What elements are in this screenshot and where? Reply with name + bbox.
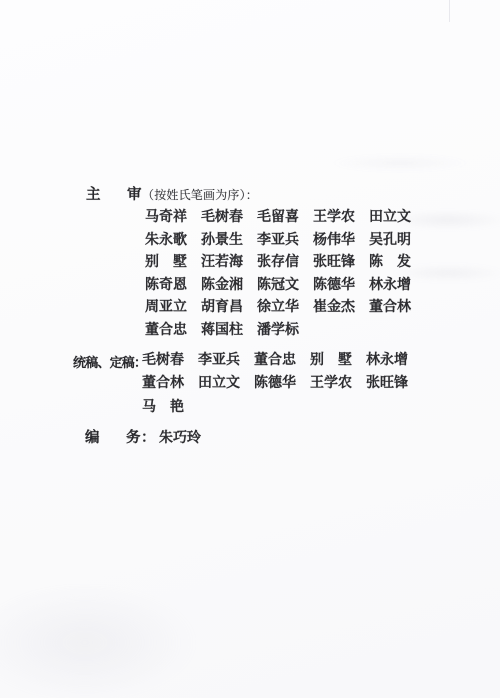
scan-artifact-line bbox=[449, 0, 450, 22]
sort-order-note: （按姓氏笔画为序）： bbox=[142, 188, 258, 202]
person-name: 董合林 bbox=[142, 376, 184, 391]
person-name: 陈 发 bbox=[369, 255, 411, 270]
person-name: 田立文 bbox=[369, 210, 411, 225]
person-name: 张旺锋 bbox=[366, 376, 408, 391]
person-name: 张存信 bbox=[257, 255, 299, 270]
name-row: 马 艳 bbox=[142, 399, 422, 422]
person-name: 别 墅 bbox=[145, 255, 187, 270]
person-name: 陈德华 bbox=[254, 376, 296, 391]
name-row: 陈奇恩陈金湘陈冠文陈德华林永增 bbox=[145, 277, 425, 300]
person-name: 潘学标 bbox=[257, 323, 299, 338]
person-name: 崔金杰 bbox=[313, 300, 355, 315]
person-name: 吴孔明 bbox=[369, 233, 411, 248]
name-row: 马奇祥毛树春毛留喜王学农田立文 bbox=[145, 209, 425, 232]
name-row: 周亚立胡育昌徐立华崔金杰董合林 bbox=[145, 299, 425, 322]
person-name: 马 艳 bbox=[142, 400, 184, 415]
editorial-label-right: 务： bbox=[126, 430, 156, 446]
name-row: 别 墅汪若海张存信张旺锋陈 发 bbox=[145, 254, 425, 277]
person-name: 胡育昌 bbox=[201, 300, 243, 315]
person-name: 朱巧玲 bbox=[159, 427, 201, 447]
person-name: 毛树春 bbox=[201, 210, 243, 225]
person-name: 田立文 bbox=[198, 376, 240, 391]
scanned-credits-page: 主审（按姓氏笔画为序）： 马奇祥毛树春毛留喜王学农田立文朱永歌孙景生李亚兵杨伟华… bbox=[0, 0, 500, 698]
person-name: 张旺锋 bbox=[313, 255, 355, 270]
name-row: 毛树春李亚兵董合忠别 墅林永增 bbox=[142, 352, 422, 375]
person-name: 徐立华 bbox=[257, 300, 299, 315]
person-name: 李亚兵 bbox=[198, 353, 240, 368]
person-name: 董合忠 bbox=[254, 353, 296, 368]
person-name: 林永增 bbox=[369, 278, 411, 293]
draft-finalize-label: 统稿、定稿： bbox=[73, 355, 146, 370]
person-name: 毛树春 bbox=[142, 353, 184, 368]
person-name: 蒋国柱 bbox=[201, 323, 243, 338]
person-name: 董合林 bbox=[369, 300, 411, 315]
draft-finalize-heading: 统稿、定稿： bbox=[73, 352, 146, 372]
person-name: 陈奇恩 bbox=[145, 278, 187, 293]
chief-review-label-right: 审 bbox=[127, 187, 142, 203]
person-name: 陈金湘 bbox=[201, 278, 243, 293]
scan-artifact-smudge bbox=[0, 585, 195, 698]
person-name: 陈冠文 bbox=[257, 278, 299, 293]
person-name: 王学农 bbox=[310, 376, 352, 391]
person-name: 毛留喜 bbox=[257, 210, 299, 225]
chief-review-heading: 主审（按姓氏笔画为序）： bbox=[86, 183, 258, 204]
person-name: 杨伟华 bbox=[313, 233, 355, 248]
person-name: 林永增 bbox=[366, 353, 408, 368]
editorial-label-left: 编 bbox=[85, 430, 100, 446]
name-row: 董合林田立文陈德华王学农张旺锋 bbox=[142, 375, 422, 398]
bleed-through-smudge bbox=[330, 155, 470, 171]
person-name: 董合忠 bbox=[145, 323, 187, 338]
person-name: 汪若海 bbox=[201, 255, 243, 270]
editorial-heading: 编务：朱巧玲 bbox=[85, 426, 215, 447]
draft-finalize-name-grid: 毛树春李亚兵董合忠别 墅林永增董合林田立文陈德华王学农张旺锋马 艳 bbox=[142, 352, 422, 422]
person-name: 朱永歌 bbox=[145, 233, 187, 248]
name-row: 董合忠蒋国柱潘学标 bbox=[145, 322, 425, 345]
name-row: 朱永歌孙景生李亚兵杨伟华吴孔明 bbox=[145, 232, 425, 255]
chief-review-name-grid: 马奇祥毛树春毛留喜王学农田立文朱永歌孙景生李亚兵杨伟华吴孔明别 墅汪若海张存信张… bbox=[145, 209, 425, 344]
person-name: 陈德华 bbox=[313, 278, 355, 293]
person-name: 周亚立 bbox=[145, 300, 187, 315]
chief-review-label-left: 主 bbox=[86, 187, 101, 203]
person-name: 马奇祥 bbox=[145, 210, 187, 225]
person-name: 孙景生 bbox=[201, 233, 243, 248]
person-name: 李亚兵 bbox=[257, 233, 299, 248]
person-name: 别 墅 bbox=[310, 353, 352, 368]
person-name: 王学农 bbox=[313, 210, 355, 225]
